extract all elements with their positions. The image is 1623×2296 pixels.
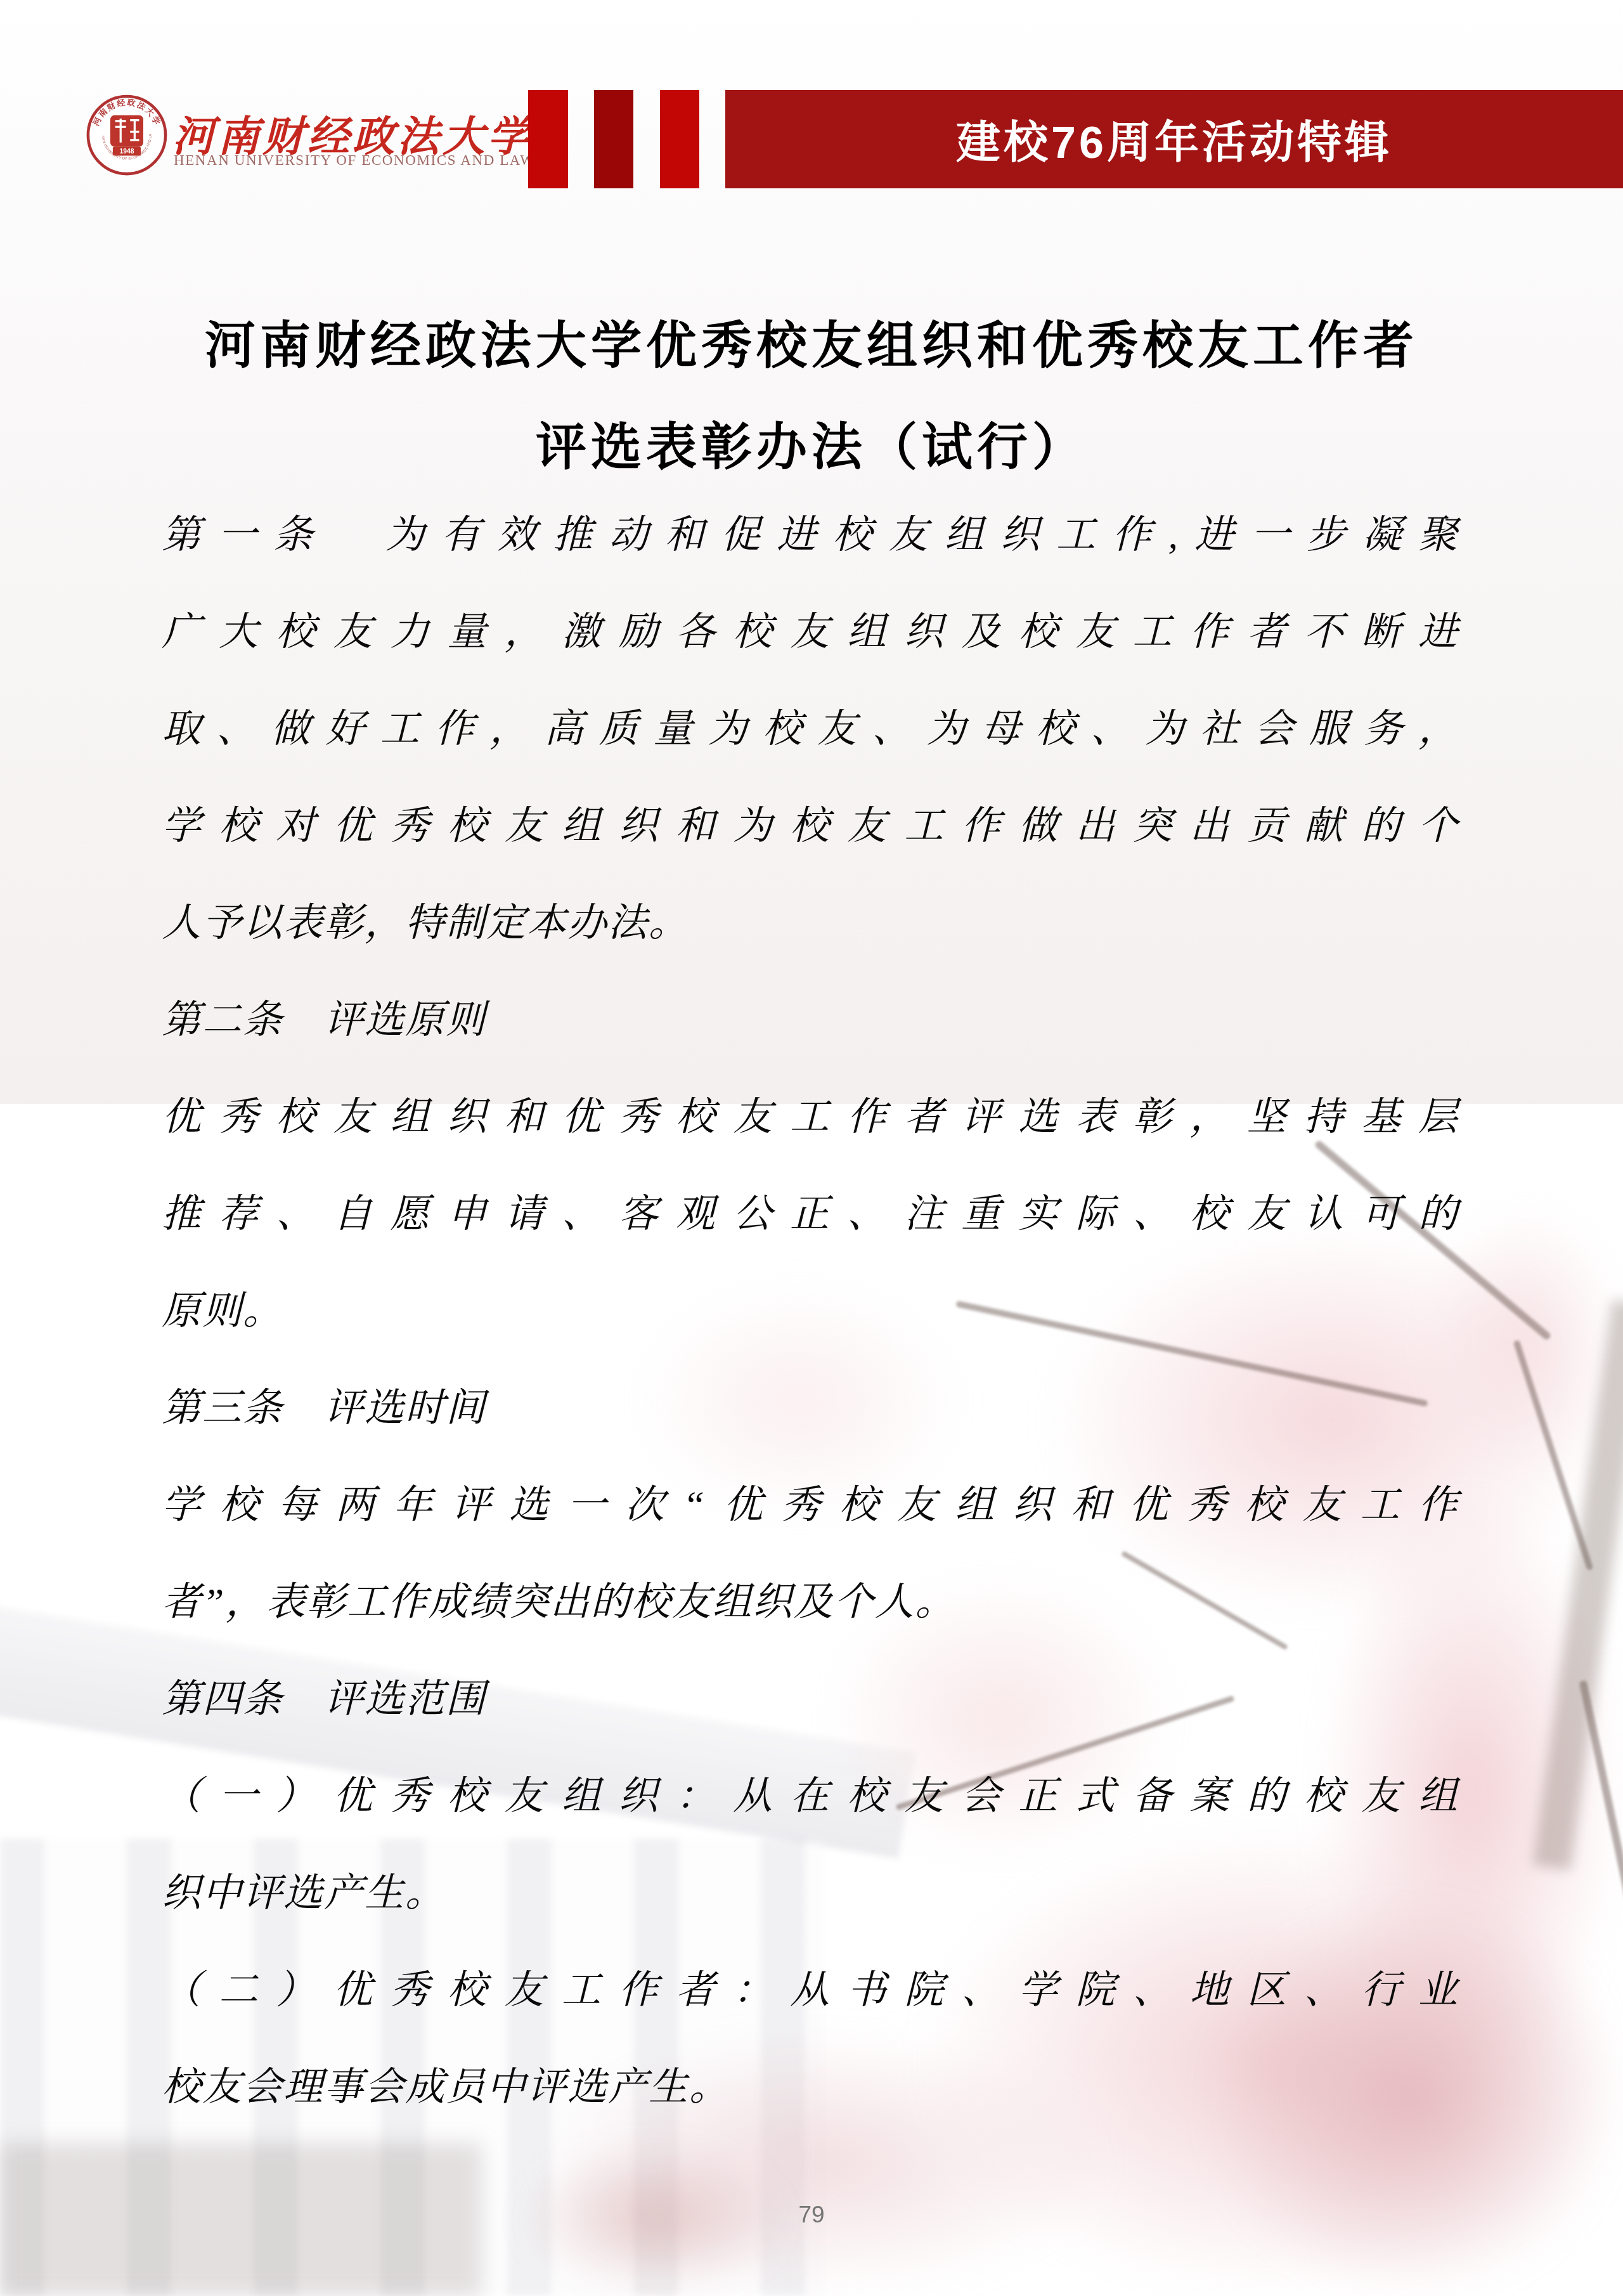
body-line: 者”，表彰工作成绩突出的校友组织及个人。: [162, 1554, 1459, 1651]
red-bar: [660, 90, 699, 188]
body-line: 第三条 评选时间: [162, 1360, 1459, 1457]
body-line: 学校每两年评选一次“优秀校友组织和优秀校友工作: [162, 1457, 1459, 1554]
body-line: 第一条 为有效推动和促进校友组织工作,进一步凝聚: [162, 487, 1459, 584]
banner-text: 建校76周年活动特辑: [956, 107, 1392, 171]
red-bar: [528, 90, 568, 188]
body-line: 广大校友力量，激励各校友组织及校友工作者不断进: [162, 584, 1459, 681]
body-line: 取、做好工作，高质量为校友、为母校、为社会服务，: [162, 681, 1459, 778]
body-line: 第四条 评选范围: [162, 1651, 1459, 1748]
seal-year: 1948: [119, 148, 134, 155]
university-name-en: HENAN UNIVERSITY OF ECONOMICS AND LAW: [174, 152, 535, 169]
body-line: （二）优秀校友工作者：从书院、学院、地区、行业: [162, 1942, 1459, 2039]
document-page: 河南财经政法大学 HENAN UNIVERSITY OF ECONOMICS A…: [0, 0, 1623, 2296]
document-body: 第一条 为有效推动和促进校友组织工作,进一步凝聚 广大校友力量，激励各校友组织及…: [162, 487, 1459, 2136]
document-title-line2: 评选表彰办法（试行）: [0, 406, 1623, 479]
body-line: 第二条 评选原则: [162, 972, 1459, 1069]
university-seal-logo: 河南财经政法大学 HENAN UNIVERSITY OF ECONOMICS A…: [86, 94, 168, 176]
body-line: 人予以表彰，特制定本办法。: [162, 875, 1459, 972]
body-line: 推荐、自愿申请、客观公正、注重实际、校友认可的: [162, 1166, 1459, 1263]
anniversary-banner: 建校76周年活动特辑: [725, 90, 1623, 188]
body-line: 原则。: [162, 1263, 1459, 1360]
red-bar: [594, 90, 633, 188]
body-line: 校友会理事会成员中评选产生。: [162, 2039, 1459, 2136]
body-line: 学校对优秀校友组织和为校友工作做出突出贡献的个: [162, 778, 1459, 875]
body-line: （一）优秀校友组织：从在校友会正式备案的校友组: [162, 1748, 1459, 1845]
document-title-line1: 河南财经政法大学优秀校友组织和优秀校友工作者: [0, 304, 1623, 377]
body-line: 织中评选产生。: [162, 1845, 1459, 1942]
page-content: 河南财经政法大学 HENAN UNIVERSITY OF ECONOMICS A…: [0, 0, 1623, 2296]
page-number: 79: [0, 2202, 1623, 2228]
body-line: 优秀校友组织和优秀校友工作者评选表彰，坚持基层: [162, 1069, 1459, 1166]
